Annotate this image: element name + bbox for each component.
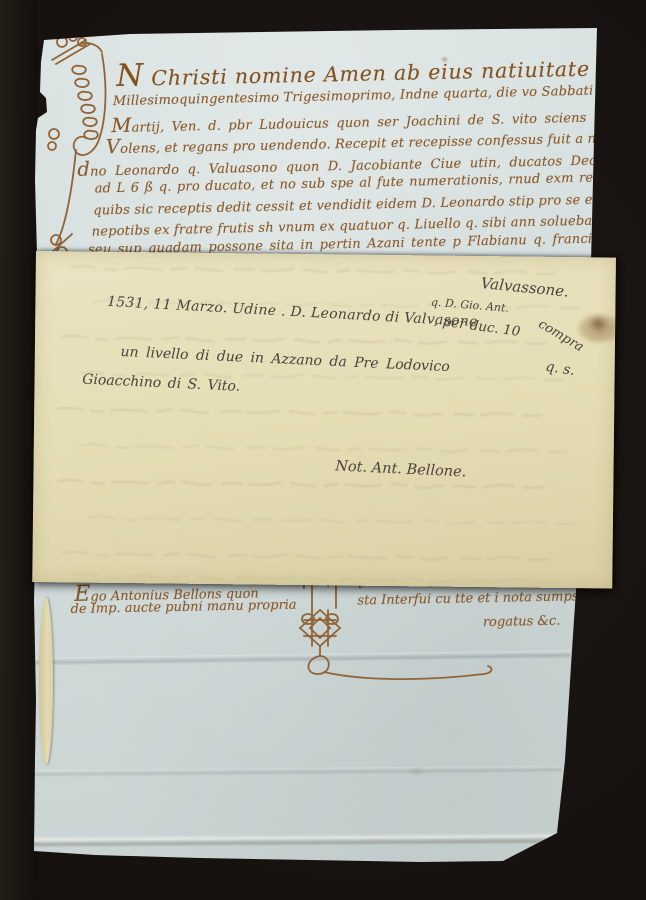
ink-stain (585, 313, 611, 333)
book-spine-shadow (0, 0, 38, 900)
archivist-note: Valvassone. 1531, 11 Marzo. Udine . D. L… (32, 251, 616, 589)
notarial-sign (288, 580, 518, 680)
manuscript-text-block: N Christi nomine Amen ab eius natiuitate… (70, 50, 608, 272)
closing-line: de Imp. aucte pubni manu propria (70, 598, 296, 617)
paper-stain (408, 766, 426, 777)
scan-backdrop: N Christi nomine Amen ab eius natiuitate… (0, 0, 646, 900)
underlying-page-edge (39, 597, 53, 765)
